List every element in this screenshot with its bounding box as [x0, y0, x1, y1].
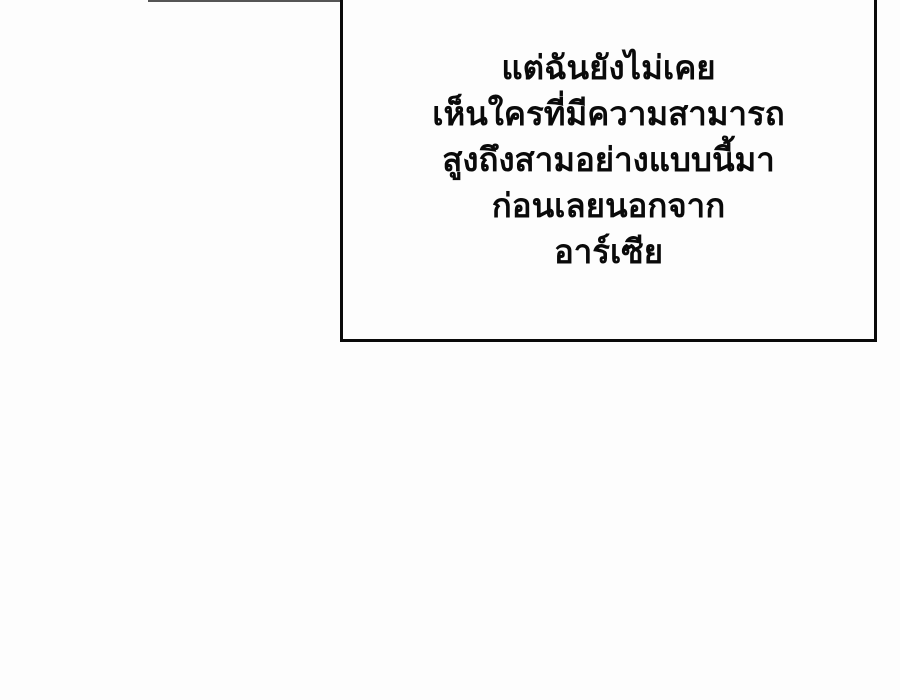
caption-line: อาร์เซีย — [343, 229, 874, 275]
caption-text: แต่ฉันยังไม่เคย เห็นใครที่มีความสามารถ ส… — [343, 45, 874, 275]
comic-panel: { "panel": { "background_color": "#fdfdf… — [0, 0, 900, 700]
caption-line: เห็นใครที่มีความสามารถ — [343, 91, 874, 137]
caption-box: แต่ฉันยังไม่เคย เห็นใครที่มีความสามารถ ส… — [340, 0, 877, 342]
caption-line: สูงถึงสามอย่างแบบนี้มา — [343, 137, 874, 183]
adjacent-panel-border — [148, 0, 342, 2]
caption-line: ก่อนเลยนอกจาก — [343, 183, 874, 229]
caption-line: แต่ฉันยังไม่เคย — [343, 45, 874, 91]
